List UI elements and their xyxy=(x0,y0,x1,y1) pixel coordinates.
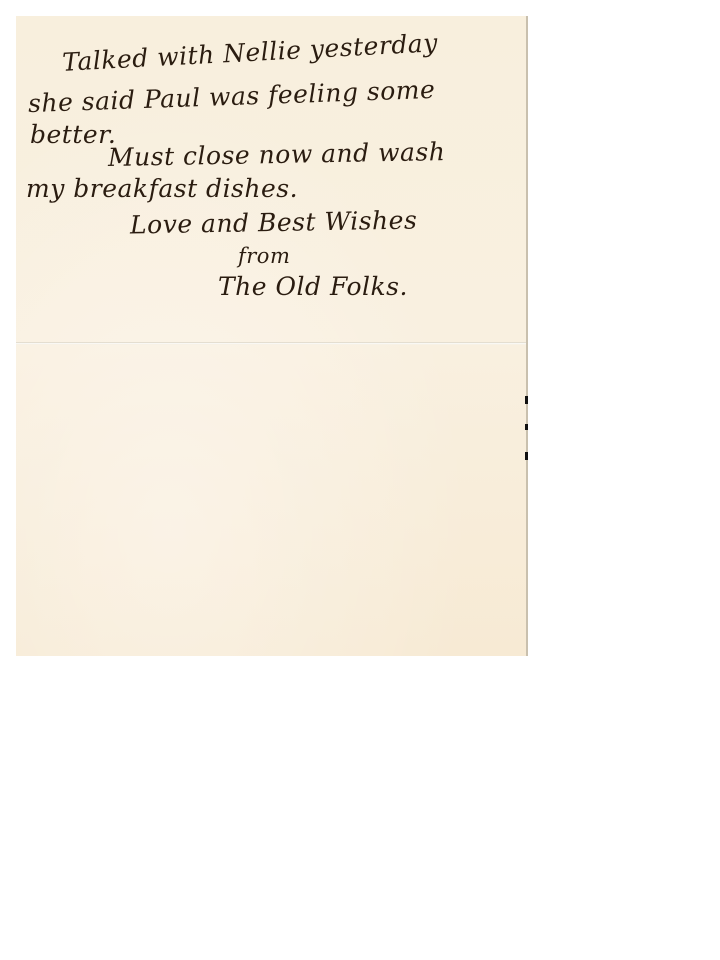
letter-page: Talked with Nellie yesterday she said Pa… xyxy=(16,16,528,656)
paper-fold-line xyxy=(16,342,526,345)
letter-line-3: better. xyxy=(30,120,116,149)
letter-line-1: Talked with Nellie yesterday xyxy=(61,28,438,77)
letter-signature: The Old Folks. xyxy=(218,272,408,301)
letter-line-5: my breakfast dishes. xyxy=(26,174,298,203)
bleed-through-ink-marks xyxy=(525,396,528,466)
letter-line-4: Must close now and wash xyxy=(108,137,446,172)
letter-from: from xyxy=(238,244,290,268)
letter-closing: Love and Best Wishes xyxy=(130,205,418,239)
letter-line-2: she said Paul was feeling some xyxy=(28,75,436,118)
